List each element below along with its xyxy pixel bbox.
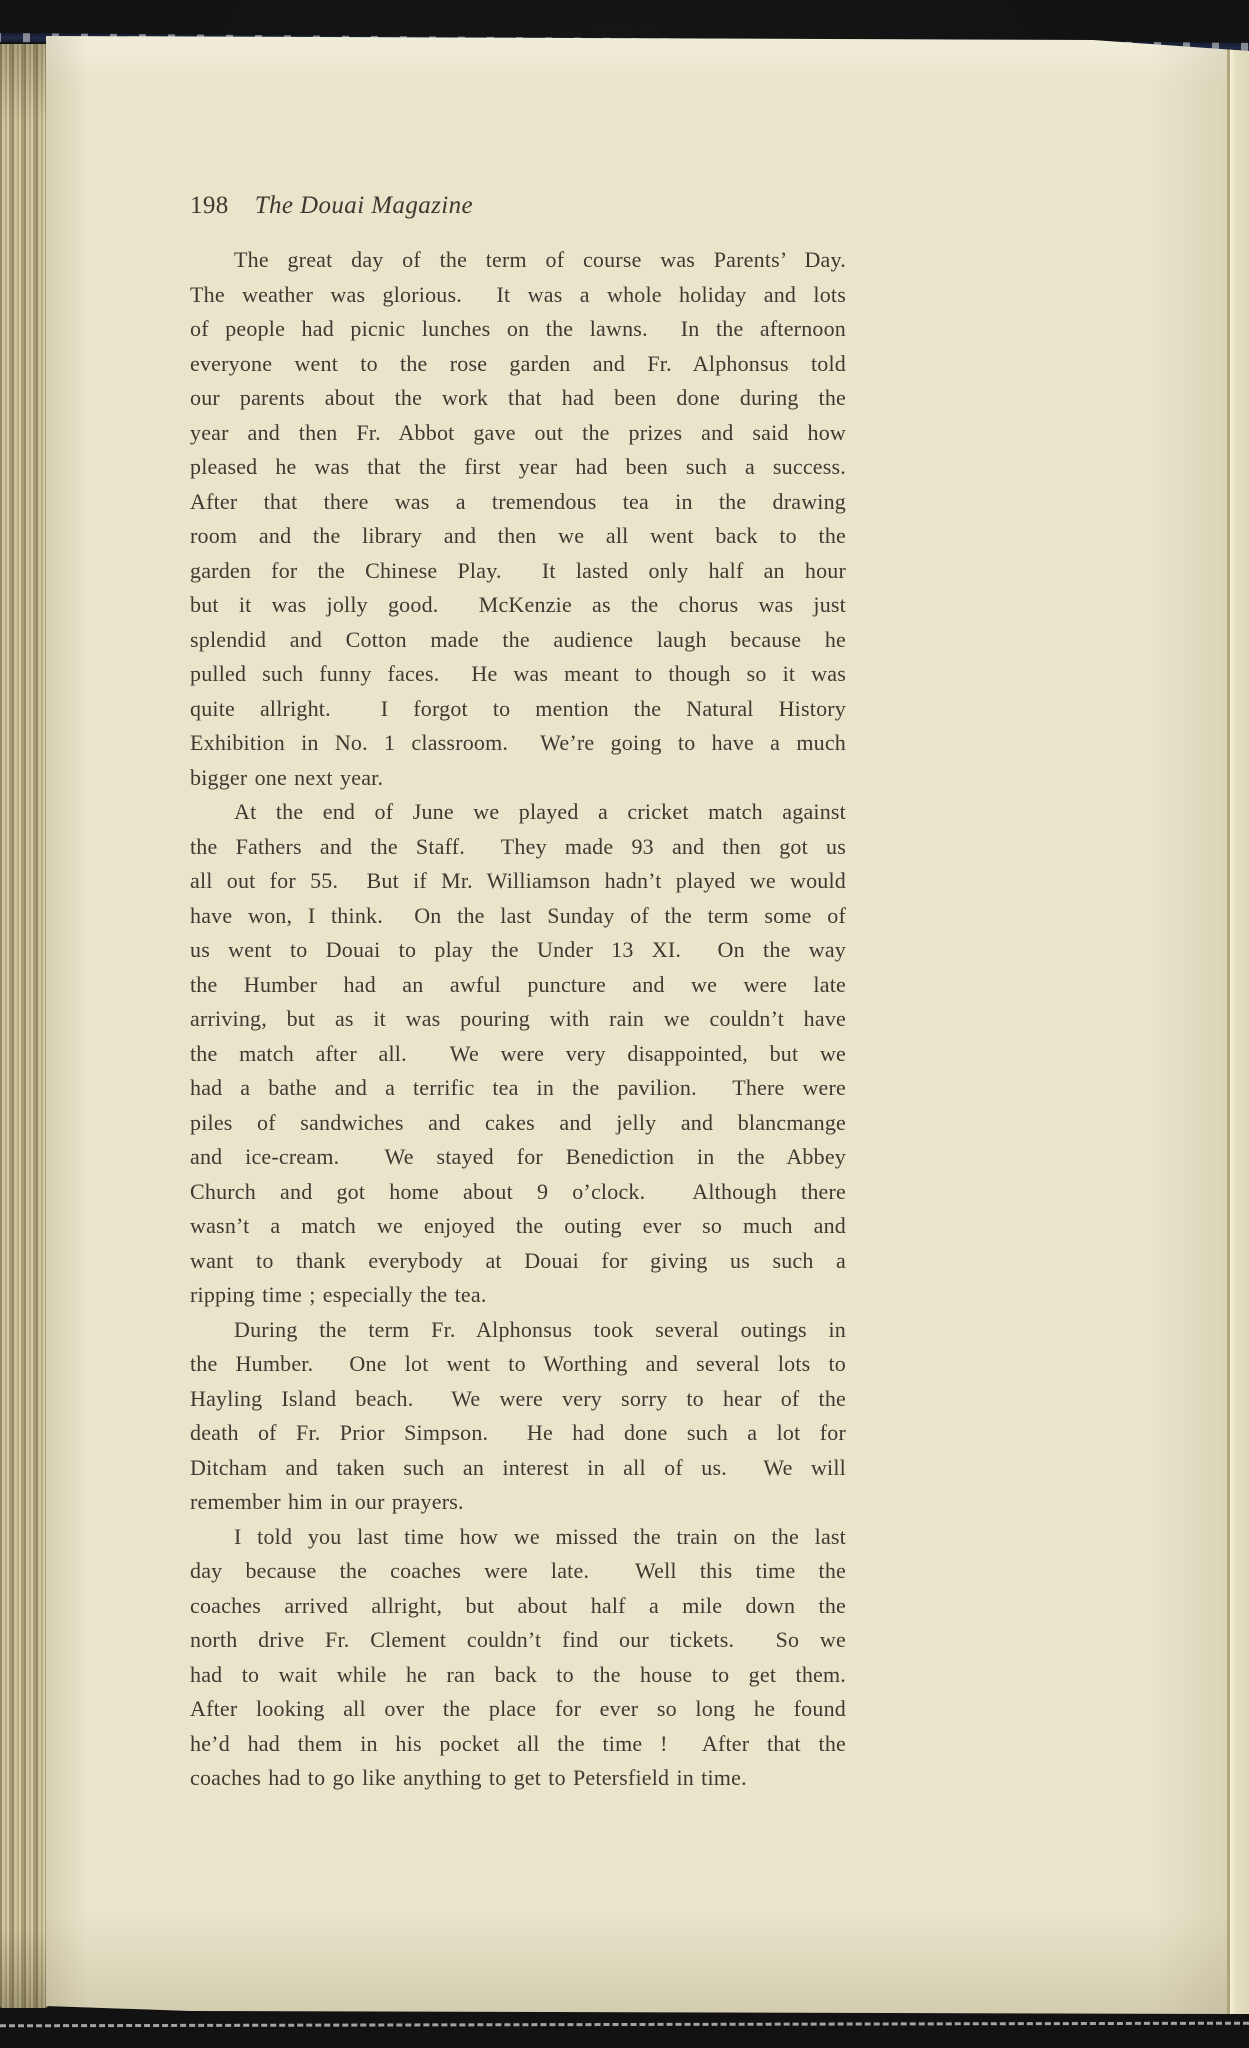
text-line: Hayling Island beach. We were very sorry… xyxy=(190,1382,846,1417)
text-line: Church and got home about 9 o’clock. Alt… xyxy=(190,1175,846,1210)
text-line: and ice-cream. We stayed for Benediction… xyxy=(190,1140,846,1175)
text-line: remember him in our prayers. xyxy=(190,1485,846,1520)
text-line: the match after all. We were very disapp… xyxy=(190,1037,846,1072)
page-text: The great day of the term of course was … xyxy=(190,243,846,1796)
text-line: During the term Fr. Alphonsus took sever… xyxy=(190,1313,846,1348)
page-content: 198The Douai Magazine The great day of t… xyxy=(190,186,846,1796)
text-line: pleased he was that the first year had b… xyxy=(190,450,846,485)
text-line: piles of sandwiches and cakes and jelly … xyxy=(190,1106,846,1141)
text-line: After looking all over the place for eve… xyxy=(190,1692,846,1727)
page-surface: 198The Douai Magazine The great day of t… xyxy=(46,36,1249,2014)
text-line: room and the library and then we all wen… xyxy=(190,519,846,554)
page-header: 198The Douai Magazine xyxy=(190,186,846,226)
text-line: The weather was glorious. It was a whole… xyxy=(190,278,846,313)
text-line: north drive Fr. Clement couldn’t find ou… xyxy=(190,1623,846,1658)
text-line: the Humber. One lot went to Worthing and… xyxy=(190,1347,846,1382)
text-line: of people had picnic lunches on the lawn… xyxy=(190,312,846,347)
text-line: day because the coaches were late. Well … xyxy=(190,1554,846,1589)
text-line: quite allright. I forgot to mention the … xyxy=(190,692,846,727)
text-line: year and then Fr. Abbot gave out the pri… xyxy=(190,416,846,451)
page-stack-edge xyxy=(0,44,50,2008)
text-line: pulled such funny faces. He was meant to… xyxy=(190,657,846,692)
text-line: bigger one next year. xyxy=(190,761,846,796)
text-line: garden for the Chinese Play. It lasted o… xyxy=(190,554,846,589)
text-line: wasn’t a match we enjoyed the outing eve… xyxy=(190,1209,846,1244)
text-line: our parents about the work that had been… xyxy=(190,381,846,416)
text-line: arriving, but as it was pouring with rai… xyxy=(190,1002,846,1037)
magazine-title: The Douai Magazine xyxy=(255,186,473,226)
text-line: have won, I think. On the last Sunday of… xyxy=(190,899,846,934)
page-number: 198 xyxy=(190,186,229,226)
text-line: At the end of June we played a cricket m… xyxy=(190,795,846,830)
text-line: the Fathers and the Staff. They made 93 … xyxy=(190,830,846,865)
text-line: he’d had them in his pocket all the time… xyxy=(190,1727,846,1762)
text-line: us went to Douai to play the Under 13 XI… xyxy=(190,933,846,968)
photographed-book-scene: { "header": { "page_number": "198", "mag… xyxy=(0,0,1249,2048)
text-line: want to thank everybody at Douai for giv… xyxy=(190,1244,846,1279)
text-line: had to wait while he ran back to the hou… xyxy=(190,1658,846,1693)
text-line: After that there was a tremendous tea in… xyxy=(190,485,846,520)
text-line: Exhibition in No. 1 classroom. We’re goi… xyxy=(190,726,846,761)
text-line: had a bathe and a terrific tea in the pa… xyxy=(190,1071,846,1106)
table-edge-line xyxy=(0,2022,1249,2028)
text-line: The great day of the term of course was … xyxy=(190,243,846,278)
text-line: everyone went to the rose garden and Fr.… xyxy=(190,347,846,382)
text-line: splendid and Cotton made the audience la… xyxy=(190,623,846,658)
text-line: I told you last time how we missed the t… xyxy=(190,1520,846,1555)
text-line: the Humber had an awful puncture and we … xyxy=(190,968,846,1003)
text-line: but it was jolly good. McKenzie as the c… xyxy=(190,588,846,623)
text-line: coaches arrived allright, but about half… xyxy=(190,1589,846,1624)
text-line: death of Fr. Prior Simpson. He had done … xyxy=(190,1416,846,1451)
text-line: Ditcham and taken such an interest in al… xyxy=(190,1451,846,1486)
text-line: ripping time ; especially the tea. xyxy=(190,1278,846,1313)
text-line: all out for 55. But if Mr. Williamson ha… xyxy=(190,864,846,899)
adjacent-page-edge xyxy=(1230,48,1249,2014)
text-line: coaches had to go like anything to get t… xyxy=(190,1761,846,1796)
